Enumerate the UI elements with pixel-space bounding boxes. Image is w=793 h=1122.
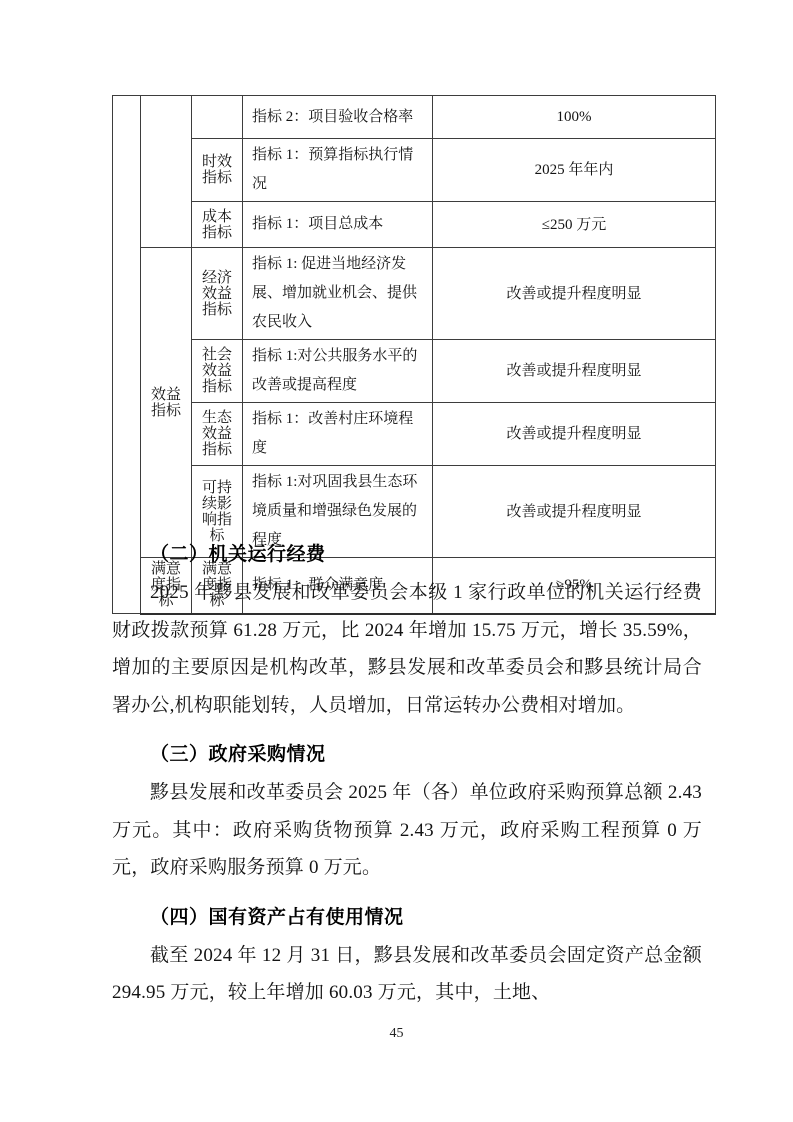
indicator-value-cell: 100% (433, 96, 716, 139)
indicator-name-cell: 指标 2：项目验收合格率 (243, 96, 433, 139)
category-cell (192, 96, 243, 139)
body-content: （二）机关运行经费 2025 年黟县发展和改革委员会本级 1 家行政单位的机关运… (112, 524, 702, 1012)
indicator-name-cell: 指标 1：项目总成本 (243, 202, 433, 248)
indicator-value-cell: 2025 年年内 (433, 139, 716, 202)
section-government-procurement: （三）政府采购情况 黟县发展和改革委员会 2025 年（各）单位政府采购预算总额… (112, 741, 702, 887)
indicator-value-cell: ≤250 万元 (433, 202, 716, 248)
group-cell-continued (141, 96, 192, 248)
page-number: 45 (0, 1026, 793, 1042)
indicator-name-cell: 指标 1：预算指标执行情况 (243, 139, 433, 202)
heading-state-owned-assets: （四）国有资产占有使用情况 (112, 904, 702, 932)
heading-government-procurement: （三）政府采购情况 (112, 741, 702, 769)
indicator-name-cell: 指标 1: 促进当地经济发展、增加就业机会、提供农民收入 (243, 248, 433, 340)
indicator-value-cell: 改善或提升程度明显 (433, 340, 716, 403)
paragraph-organ-operating-expenses: 2025 年黟县发展和改革委员会本级 1 家行政单位的机关运行经费财政拨款预算 … (112, 574, 702, 724)
table-row: 效益指标 经济效益指标 指标 1: 促进当地经济发展、增加就业机会、提供农民收入… (113, 248, 716, 340)
table-row: 时效指标 指标 1：预算指标执行情况 2025 年年内 (113, 139, 716, 202)
category-cell: 社会效益指标 (192, 340, 243, 403)
indicator-name-cell: 指标 1:对公共服务水平的改善或提高程度 (243, 340, 433, 403)
document-page: 指标 2：项目验收合格率 100% 时效指标 指标 1：预算指标执行情况 202… (0, 0, 793, 1122)
paragraph-state-owned-assets: 截至 2024 年 12 月 31 日，黟县发展和改革委员会固定资产总金额 29… (112, 937, 702, 1012)
heading-organ-operating-expenses: （二）机关运行经费 (112, 541, 702, 569)
category-cell: 成本指标 (192, 202, 243, 248)
category-cell: 时效指标 (192, 139, 243, 202)
section-organ-operating-expenses: （二）机关运行经费 2025 年黟县发展和改革委员会本级 1 家行政单位的机关运… (112, 541, 702, 724)
category-cell: 经济效益指标 (192, 248, 243, 340)
indicator-name-cell: 指标 1：改善村庄环境程度 (243, 403, 433, 466)
indicator-value-cell: 改善或提升程度明显 (433, 403, 716, 466)
indicator-value-cell: 改善或提升程度明显 (433, 248, 716, 340)
category-cell: 生态效益指标 (192, 403, 243, 466)
paragraph-government-procurement: 黟县发展和改革委员会 2025 年（各）单位政府采购预算总额 2.43 万元。其… (112, 774, 702, 887)
section-state-owned-assets: （四）国有资产占有使用情况 截至 2024 年 12 月 31 日，黟县发展和改… (112, 904, 702, 1012)
table-row: 成本指标 指标 1：项目总成本 ≤250 万元 (113, 202, 716, 248)
table-row: 社会效益指标 指标 1:对公共服务水平的改善或提高程度 改善或提升程度明显 (113, 340, 716, 403)
group-cell-benefit: 效益指标 (141, 248, 192, 558)
table-row: 生态效益指标 指标 1：改善村庄环境程度 改善或提升程度明显 (113, 403, 716, 466)
table-row: 指标 2：项目验收合格率 100% (113, 96, 716, 139)
